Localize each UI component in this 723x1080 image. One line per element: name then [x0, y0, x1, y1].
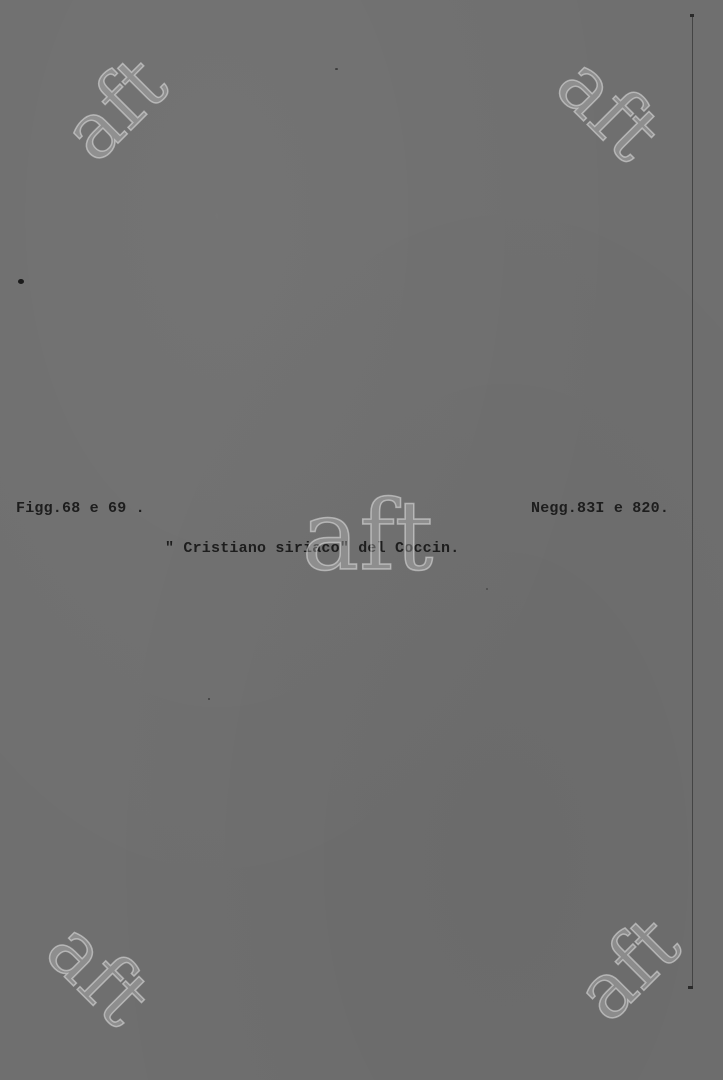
ink-speck: [335, 68, 338, 70]
watermark-center: aft: [302, 488, 433, 584]
margin-line-bottom-mark: [688, 986, 693, 989]
ink-speck: [486, 588, 488, 590]
figures-reference: Figg.68 e 69 .: [16, 500, 145, 517]
caption-text: " Cristiano siriaco" del Coccin.: [165, 540, 459, 557]
watermark-bottom-right: aft: [563, 904, 694, 1035]
ink-speck: [208, 698, 210, 700]
watermark-top-right: aft: [543, 44, 674, 175]
ink-speck: [18, 279, 24, 284]
watermark-top-left: aft: [50, 44, 181, 175]
watermark-bottom-left: aft: [33, 909, 164, 1040]
margin-line-top-mark: [690, 14, 694, 17]
archival-card: Figg.68 e 69 . Negg.83I e 820. " Cristia…: [0, 0, 723, 1080]
negatives-reference: Negg.83I e 820.: [531, 500, 669, 517]
vertical-margin-line: [692, 15, 693, 988]
